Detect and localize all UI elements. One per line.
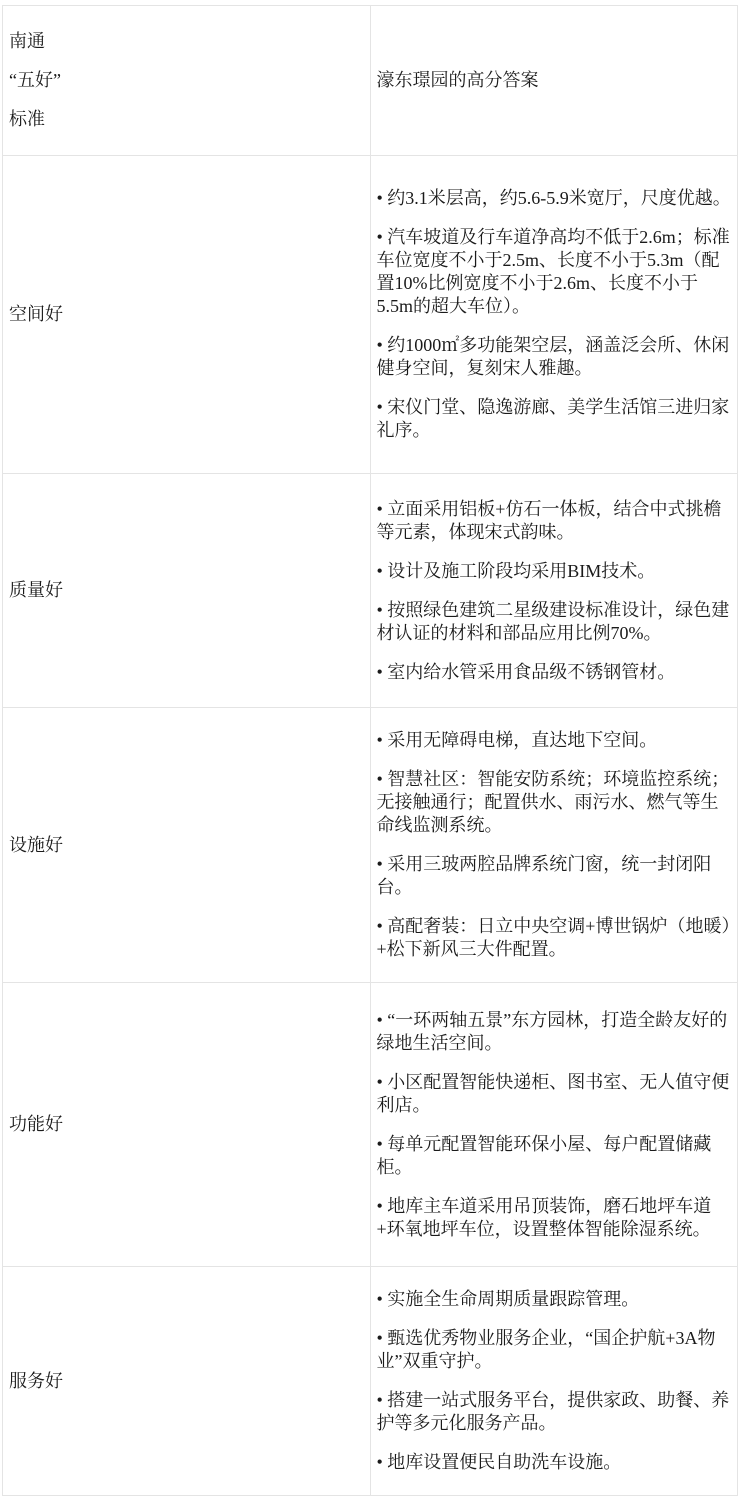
- header-standard-cell: 南通 “五好” 标准: [3, 6, 371, 156]
- row-label: 设施好: [9, 834, 364, 857]
- header-row: 南通 “五好” 标准 濠东璟园的高分答案: [3, 6, 738, 156]
- bullet-item: • 设计及施工阶段均采用BIM技术。: [377, 560, 732, 583]
- row-label-cell: 设施好: [3, 708, 371, 983]
- bullet-item: • 地库设置便民自助洗车设施。: [377, 1451, 732, 1474]
- bullet-item: • 每单元配置智能环保小屋、每户配置储藏柜。: [377, 1133, 732, 1179]
- row-label: 空间好: [9, 303, 364, 326]
- bullet-item: • 约3.1米层高，约5.6-5.9米宽厅，尺度优越。: [377, 187, 732, 210]
- bullet-item: • 采用无障碍电梯，直达地下空间。: [377, 729, 732, 752]
- row-label: 服务好: [9, 1370, 364, 1393]
- header-standard-line: 南通: [9, 30, 364, 53]
- header-answer-cell: 濠东璟园的高分答案: [370, 6, 738, 156]
- table-row: 质量好 • 立面采用铝板+仿石一体板，结合中式挑檐等元素，体现宋式韵味。• 设计…: [3, 474, 738, 708]
- bullet-item: • 高配奢装：日立中央空调+博世锅炉（地暖）+松下新风三大件配置。: [377, 915, 732, 961]
- row-label-cell: 质量好: [3, 474, 371, 708]
- table-row: 设施好 • 采用无障碍电梯，直达地下空间。• 智慧社区：智能安防系统；环境监控系…: [3, 708, 738, 983]
- header-standard-line: 标准: [9, 108, 364, 131]
- page: 南通 “五好” 标准 濠东璟园的高分答案 空间好 • 约3.1米层高，约5.6-…: [0, 0, 740, 1512]
- bullet-item: • 汽车坡道及行车道净高均不低于2.6m；标准车位宽度不小于2.5m、长度不小于…: [377, 226, 732, 318]
- comparison-table: 南通 “五好” 标准 濠东璟园的高分答案 空间好 • 约3.1米层高，约5.6-…: [2, 5, 738, 1496]
- bullet-item: • 搭建一站式服务平台，提供家政、助餐、养护等多元化服务产品。: [377, 1389, 732, 1435]
- row-content-cell: • 实施全生命周期质量跟踪管理。• 甄选优秀物业服务企业，“国企护航+3A物业”…: [370, 1267, 738, 1496]
- row-label: 功能好: [9, 1113, 364, 1136]
- row-label-cell: 功能好: [3, 983, 371, 1267]
- row-content-cell: • 约3.1米层高，约5.6-5.9米宽厅，尺度优越。• 汽车坡道及行车道净高均…: [370, 156, 738, 474]
- row-content-cell: • 采用无障碍电梯，直达地下空间。• 智慧社区：智能安防系统；环境监控系统；无接…: [370, 708, 738, 983]
- bullet-item: • 按照绿色建筑二星级建设标准设计，绿色建材认证的材料和部品应用比例70%。: [377, 599, 732, 645]
- row-label-cell: 服务好: [3, 1267, 371, 1496]
- bullet-item: • 智慧社区：智能安防系统；环境监控系统；无接触通行；配置供水、雨污水、燃气等生…: [377, 768, 732, 837]
- header-standard-line: “五好”: [9, 69, 364, 92]
- bullet-item: • 立面采用铝板+仿石一体板，结合中式挑檐等元素，体现宋式韵味。: [377, 498, 732, 544]
- table-row: 空间好 • 约3.1米层高，约5.6-5.9米宽厅，尺度优越。• 汽车坡道及行车…: [3, 156, 738, 474]
- bullet-item: • 宋仪门堂、隐逸游廊、美学生活馆三进归家礼序。: [377, 396, 732, 442]
- table-row: 功能好 • “一环两轴五景”东方园林，打造全龄友好的绿地生活空间。• 小区配置智…: [3, 983, 738, 1267]
- bullet-item: • 地库主车道采用吊顶装饰，磨石地坪车道+环氧地坪车位，设置整体智能除湿系统。: [377, 1195, 732, 1241]
- table-row: 服务好 • 实施全生命周期质量跟踪管理。• 甄选优秀物业服务企业，“国企护航+3…: [3, 1267, 738, 1496]
- header-answer-title: 濠东璟园的高分答案: [377, 69, 732, 92]
- bullet-item: • 甄选优秀物业服务企业，“国企护航+3A物业”双重守护。: [377, 1327, 732, 1373]
- bullet-item: • 采用三玻两腔品牌系统门窗，统一封闭阳台。: [377, 853, 732, 899]
- bullet-item: • 实施全生命周期质量跟踪管理。: [377, 1288, 732, 1311]
- bullet-item: • 约1000㎡多功能架空层，涵盖泛会所、休闲健身空间，复刻宋人雅趣。: [377, 334, 732, 380]
- table-body: 南通 “五好” 标准 濠东璟园的高分答案 空间好 • 约3.1米层高，约5.6-…: [3, 6, 738, 1496]
- bullet-item: • 室内给水管采用食品级不锈钢管材。: [377, 661, 732, 684]
- bullet-item: • “一环两轴五景”东方园林，打造全龄友好的绿地生活空间。: [377, 1009, 732, 1055]
- row-label: 质量好: [9, 579, 364, 602]
- row-content-cell: • “一环两轴五景”东方园林，打造全龄友好的绿地生活空间。• 小区配置智能快递柜…: [370, 983, 738, 1267]
- row-content-cell: • 立面采用铝板+仿石一体板，结合中式挑檐等元素，体现宋式韵味。• 设计及施工阶…: [370, 474, 738, 708]
- bullet-item: • 小区配置智能快递柜、图书室、无人值守便利店。: [377, 1071, 732, 1117]
- row-label-cell: 空间好: [3, 156, 371, 474]
